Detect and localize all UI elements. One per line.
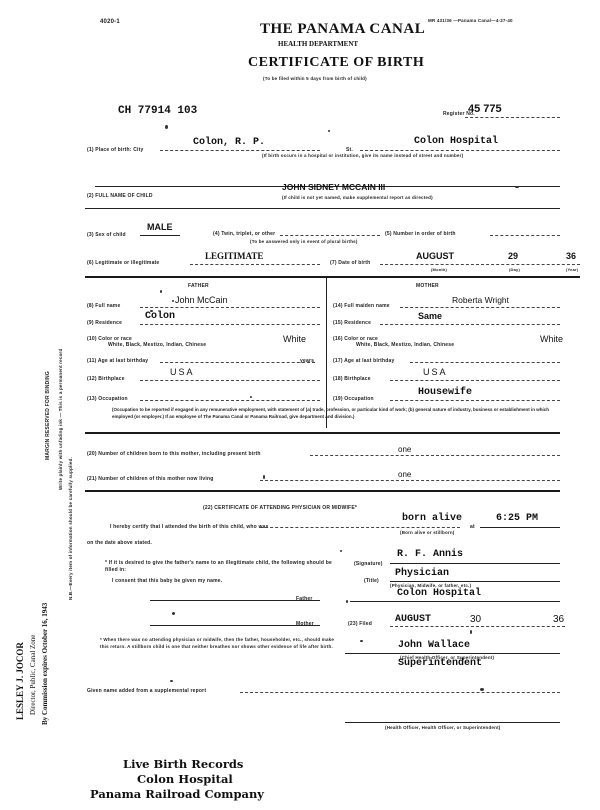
mother-birthplace: USA bbox=[423, 367, 448, 377]
occupation-note: (Occupation to be reported if engaged in… bbox=[112, 406, 560, 420]
ch-number: CH 77914 103 bbox=[118, 105, 197, 117]
certifier-name: LESLEY J. JOCOR bbox=[15, 642, 25, 720]
legitimacy-label: (6) Legitimate or illegitimate bbox=[87, 260, 159, 266]
mother-occupation-label: (19) Occupation bbox=[333, 396, 374, 402]
consent-statement: I consent that this baby be given my nam… bbox=[112, 578, 222, 584]
twin-label: (4) Twin, triplet, or other bbox=[213, 231, 275, 237]
mother-name: Roberta Wright bbox=[452, 295, 509, 305]
father-occupation-label: (13) Occupation bbox=[87, 396, 128, 402]
birth-place-label: (1) Place of birth: City bbox=[87, 147, 143, 153]
stillbirth-note: * When there was no attending physician … bbox=[100, 636, 335, 650]
dob-year: 36 bbox=[566, 251, 576, 261]
registrar-name: John Wallace bbox=[398, 640, 470, 651]
father-color-options: White, Black, Mestizo, Indian, Chinese bbox=[108, 342, 206, 348]
form-reference: MR 431/36 —Panama Canal—4-27-40 bbox=[428, 18, 513, 23]
certificate-title: CERTIFICATE OF BIRTH bbox=[248, 55, 424, 71]
mother-age-label: (17) Age at last birthday bbox=[333, 358, 395, 364]
child-name-label: (2) FULL NAME OF CHILD bbox=[87, 193, 153, 199]
birth-time: 6:25 PM bbox=[496, 513, 538, 524]
status-note: (Born alive or stillborn) bbox=[400, 530, 455, 535]
child-sex: MALE bbox=[147, 222, 173, 232]
children-living-label: (21) Number of children of this mother n… bbox=[87, 476, 213, 482]
father-name: John McCain bbox=[175, 295, 228, 305]
father-age-unit: years bbox=[300, 358, 314, 364]
father-birthplace: USA bbox=[170, 367, 195, 377]
footer-line-1: Live Birth Records bbox=[123, 757, 243, 771]
commission-expiry: By Commission expires October 16, 1943 bbox=[41, 603, 49, 725]
birth-hospital: Colon Hospital bbox=[414, 136, 498, 147]
father-residence-label: (9) Residence bbox=[87, 320, 122, 326]
at-label: at bbox=[470, 524, 475, 530]
dob-day: 29 bbox=[508, 251, 518, 261]
binding-margin-note: MARGIN RESERVED FOR BINDING bbox=[45, 371, 51, 460]
birth-place-note: (If birth occurs in a hospital or instit… bbox=[262, 153, 463, 158]
signature-label: (Signature) bbox=[354, 561, 383, 567]
mother-color-options: White, Black, Mestizo, Indian, Chinese bbox=[356, 342, 454, 348]
year-caption: (Year) bbox=[566, 267, 578, 272]
children-born-label: (20) Number of children born to this mot… bbox=[87, 451, 261, 457]
child-legitimacy: LEGITIMATE bbox=[205, 251, 263, 261]
filed-label: (23) Filed bbox=[348, 621, 372, 627]
mother-color: White bbox=[540, 334, 563, 344]
attendant-heading: (22) CERTIFICATE OF ATTENDING PHYSICIAN … bbox=[203, 505, 357, 511]
mother-name-label: (14) Full maiden name bbox=[333, 303, 390, 309]
filed-year: 36 bbox=[553, 614, 564, 625]
instruction-note: N.B.—Every item of information should be… bbox=[68, 457, 73, 600]
father-signature-label: Father bbox=[296, 596, 312, 602]
attendant-statement: I hereby certify that I attended the bir… bbox=[110, 524, 269, 530]
mother-heading: MOTHER bbox=[416, 283, 439, 289]
mother-birthplace-label: (18) Birthplace bbox=[333, 376, 371, 382]
children-living: one bbox=[398, 470, 411, 479]
dob-month: AUGUST bbox=[416, 251, 454, 261]
filing-instruction: (To be filed within 5 days from birth of… bbox=[263, 76, 367, 81]
registrar-title: Superintendent bbox=[398, 658, 482, 669]
father-residence: Colon bbox=[145, 311, 175, 322]
ink-note: Write plainly with unfading ink — This i… bbox=[58, 349, 63, 490]
twin-note: (To be answered only in event of plural … bbox=[250, 239, 358, 244]
title-label: (Title) bbox=[364, 578, 379, 584]
father-heading: FATHER bbox=[188, 283, 209, 289]
document-title: THE PANAMA CANAL bbox=[260, 21, 425, 38]
footer-line-2: Colon Hospital bbox=[137, 772, 233, 786]
child-name-note: (If child is not yet named, make supplem… bbox=[282, 195, 433, 200]
supplemental-label: Given name added from a supplemental rep… bbox=[87, 688, 206, 694]
form-code: 4020-1 bbox=[100, 19, 120, 25]
register-number: 45 775 bbox=[468, 103, 502, 115]
children-born: one bbox=[398, 445, 411, 454]
date-note: on the date above stated. bbox=[87, 540, 152, 546]
month-caption: (Month) bbox=[431, 267, 447, 272]
certifier-title: Director, Public, Canal Zone bbox=[29, 635, 37, 715]
department-name: HEALTH DEPARTMENT bbox=[278, 40, 358, 48]
attendant-signature: R. F. Annis bbox=[397, 549, 463, 560]
mother-residence: Same bbox=[418, 311, 442, 321]
father-birthplace-label: (12) Birthplace bbox=[87, 376, 125, 382]
sex-label: (3) Sex of child bbox=[87, 232, 126, 238]
attendant-address: Colon Hospital bbox=[397, 588, 481, 599]
day-caption: (Day) bbox=[509, 267, 520, 272]
birth-city: Colon, R. P. bbox=[193, 137, 265, 148]
child-full-name: JOHN SIDNEY MCCAIN III bbox=[282, 182, 385, 192]
attendant-title: Physician bbox=[395, 568, 449, 579]
mother-signature-label: Mother bbox=[296, 621, 314, 627]
mother-residence-label: (15) Residence bbox=[333, 320, 371, 326]
mother-occupation: Housewife bbox=[418, 387, 472, 398]
father-name-note: * If it is desired to give the father's … bbox=[105, 560, 335, 574]
filed-month: AUGUST bbox=[395, 614, 431, 625]
father-name-label: (8) Full name bbox=[87, 303, 120, 309]
dob-label: (7) Date of birth bbox=[330, 260, 370, 266]
order-label: (5) Number in order of birth bbox=[385, 231, 456, 237]
filed-day: 30 bbox=[470, 614, 481, 625]
footer-line-3: Panama Railroad Company bbox=[90, 787, 264, 801]
birth-status: born alive bbox=[402, 513, 462, 524]
bottom-note: (Health Officer, Health Officer, or Supe… bbox=[385, 725, 500, 730]
father-age-label: (11) Age at last birthday bbox=[87, 358, 148, 364]
father-color: White bbox=[283, 334, 306, 344]
